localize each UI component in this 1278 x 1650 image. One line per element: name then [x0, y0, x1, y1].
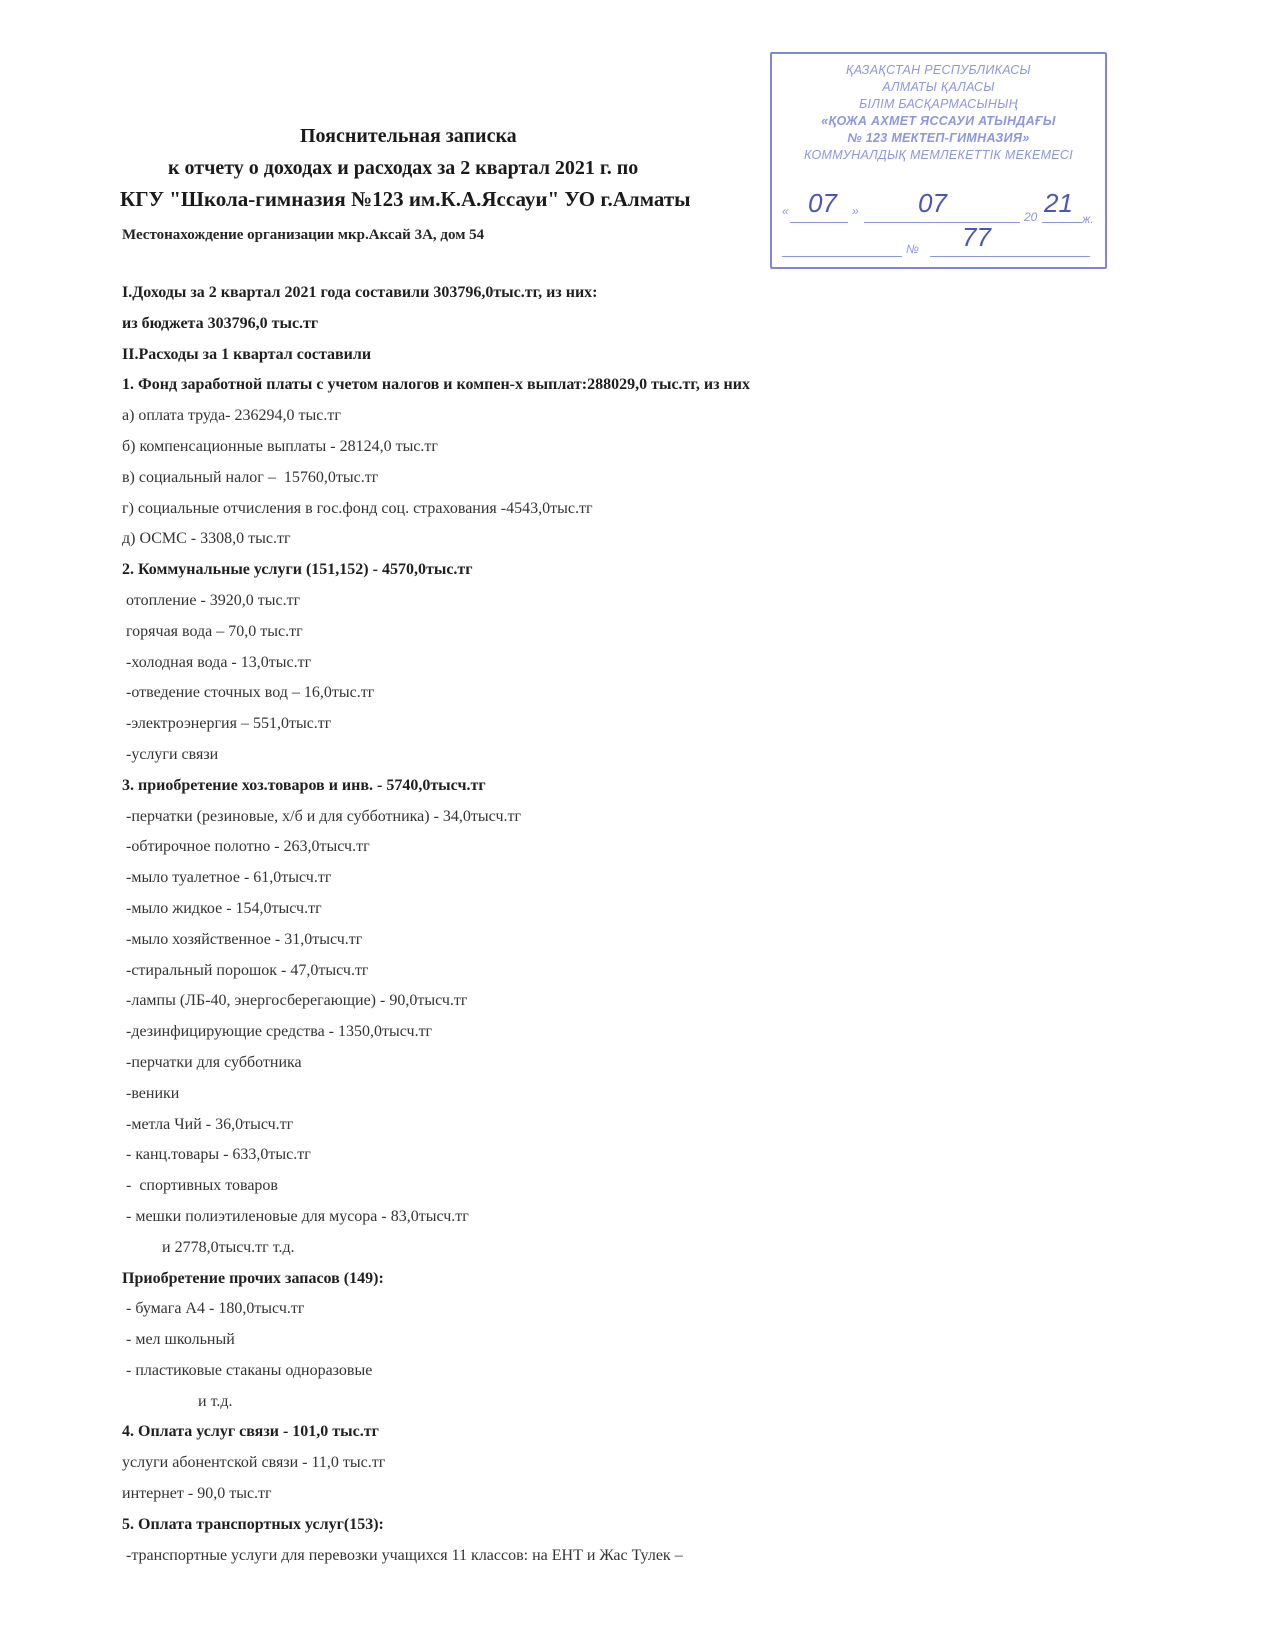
report-line: -отведение сточных вод – 16,0тыс.тг	[122, 681, 1122, 712]
report-line: -дезинфицирующие средства - 1350,0тысч.т…	[122, 1020, 1122, 1051]
report-line: отопление - 3920,0 тыс.тг	[122, 589, 1122, 620]
report-line: и 2778,0тысч.тг т.д.	[122, 1236, 1122, 1267]
stamp-line: № 123 МЕКТЕП-ГИМНАЗИЯ»	[772, 130, 1105, 147]
report-line: - спортивных товаров	[122, 1174, 1122, 1205]
section-heading: 1. Фонд заработной платы с учетом налого…	[122, 373, 1122, 404]
report-line: -мыло жидкое - 154,0тысч.тг	[122, 897, 1122, 928]
report-line: - мешки полиэтиленовые для мусора - 83,0…	[122, 1205, 1122, 1236]
report-body: I.Доходы за 2 квартал 2021 года составил…	[122, 281, 1122, 1574]
stamp-year: 21	[1044, 188, 1073, 219]
report-line: а) оплата труда- 236294,0 тыс.тг	[122, 404, 1122, 435]
report-line: -метла Чий - 36,0тысч.тг	[122, 1113, 1122, 1144]
report-line: -веники	[122, 1082, 1122, 1113]
report-line: -электроэнергия – 551,0тыс.тг	[122, 712, 1122, 743]
report-line: в) социальный налог – 15760,0тыс.тг	[122, 466, 1122, 497]
stamp-line: «ҚОЖА АХМЕТ ЯССАУИ АТЫНДАҒЫ	[772, 113, 1105, 130]
official-stamp: ҚАЗАҚСТАН РЕСПУБЛИКАСЫ АЛМАТЫ ҚАЛАСЫ БІЛ…	[770, 52, 1107, 269]
report-line: -обтирочное полотно - 263,0тысч.тг	[122, 835, 1122, 866]
report-line: -лампы (ЛБ-40, энергосберегающие) - 90,0…	[122, 989, 1122, 1020]
document-subtitle: к отчету о доходах и расходах за 2 кварт…	[168, 157, 638, 180]
report-line: - мел школьный	[122, 1328, 1122, 1359]
section-heading: 2. Коммунальные услуги (151,152) - 4570,…	[122, 558, 1122, 589]
section-heading: 5. Оплата транспортных услуг(153):	[122, 1513, 1122, 1544]
stamp-line: АЛМАТЫ ҚАЛАСЫ	[772, 79, 1105, 96]
report-line: г) социальные отчисления в гос.фонд соц.…	[122, 497, 1122, 528]
stamp-number: 77	[962, 222, 991, 253]
organization-location: Местонахождение организации мкр.Аксай 3А…	[122, 227, 484, 244]
report-line: -мыло туалетное - 61,0тысч.тг	[122, 866, 1122, 897]
report-line: горячая вода – 70,0 тыс.тг	[122, 620, 1122, 651]
document-title: Пояснительная записка	[300, 125, 517, 148]
stamp-year-prefix: 20	[1024, 210, 1037, 224]
stamp-line: КОММУНАЛДЫҚ МЕМЛЕКЕТТІК МЕКЕМЕСІ	[772, 147, 1105, 164]
report-line: - пластиковые стаканы одноразовые	[122, 1359, 1122, 1390]
stamp-number-label: №	[906, 242, 919, 256]
section-heading: 3. приобретение хоз.товаров и инв. - 574…	[122, 774, 1122, 805]
report-line: услуги абонентской связи - 11,0 тыс.тг	[122, 1451, 1122, 1482]
report-line: и т.д.	[122, 1390, 1122, 1421]
report-line: -стиральный порошок - 47,0тысч.тг	[122, 959, 1122, 990]
report-line: -перчатки (резиновые, х/б и для субботни…	[122, 805, 1122, 836]
organization-name: КГУ "Школа-гимназия №123 им.К.А.Яссауи" …	[120, 187, 691, 212]
stamp-line: ҚАЗАҚСТАН РЕСПУБЛИКАСЫ	[772, 62, 1105, 79]
section-heading: 4. Оплата услуг связи - 101,0 тыс.тг	[122, 1420, 1122, 1451]
section-heading: Приобретение прочих запасов (149):	[122, 1267, 1122, 1298]
report-line: б) компенсационные выплаты - 28124,0 тыс…	[122, 435, 1122, 466]
report-line: - канц.товары - 633,0тыс.тг	[122, 1143, 1122, 1174]
report-line: - бумага А4 - 180,0тысч.тг	[122, 1297, 1122, 1328]
section-heading: из бюджета 303796,0 тыс.тг	[122, 312, 1122, 343]
section-heading: I.Доходы за 2 квартал 2021 года составил…	[122, 281, 1122, 312]
stamp-month: 07	[918, 188, 947, 219]
section-heading: II.Расходы за 1 квартал составили	[122, 343, 1122, 374]
stamp-year-unit: ж.	[1082, 212, 1094, 226]
stamp-day: 07	[808, 188, 837, 219]
report-line: д) ОСМС - 3308,0 тыс.тг	[122, 527, 1122, 558]
report-line: -транспортные услуги для перевозки учащи…	[122, 1544, 1122, 1575]
report-line: -услуги связи	[122, 743, 1122, 774]
report-line: -мыло хозяйственное - 31,0тысч.тг	[122, 928, 1122, 959]
report-line: интернет - 90,0 тыс.тг	[122, 1482, 1122, 1513]
report-line: -холодная вода - 13,0тыс.тг	[122, 651, 1122, 682]
report-line: -перчатки для субботника	[122, 1051, 1122, 1082]
stamp-line: БІЛІМ БАСҚАРМАСЫНЫҢ	[772, 96, 1105, 113]
